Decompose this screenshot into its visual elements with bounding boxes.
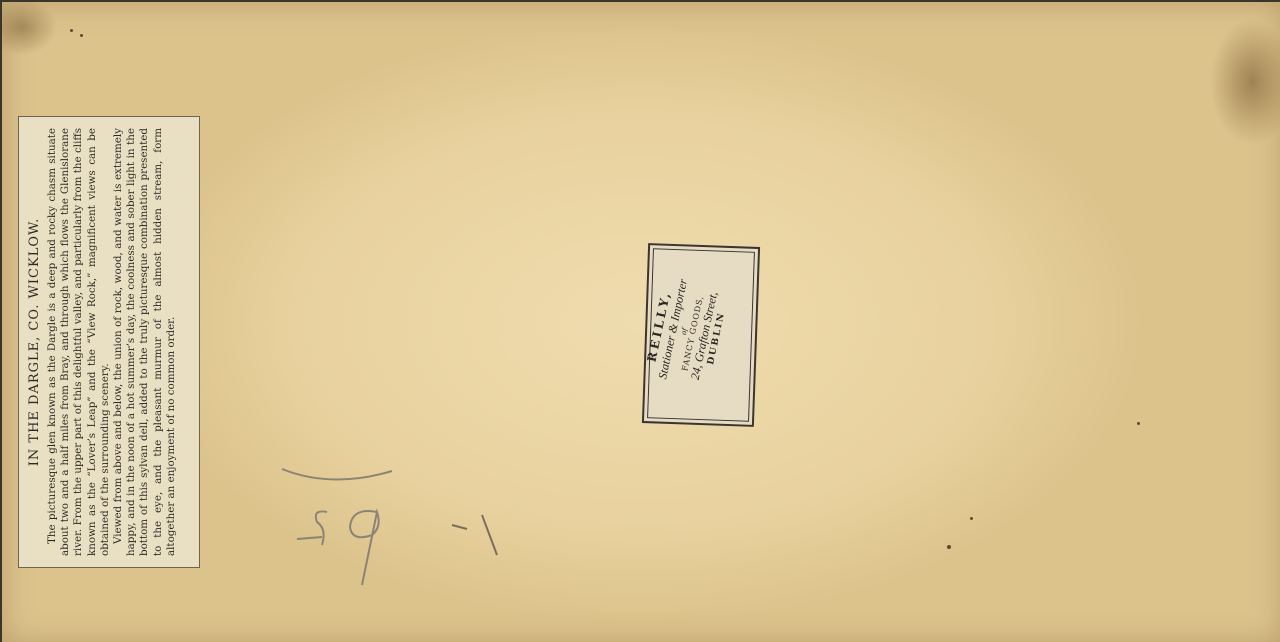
pencil-inscription: [272, 457, 512, 597]
foxing-spot: [80, 34, 83, 37]
label-title: IN THE DARGLE, CO. WICKLOW.: [27, 128, 42, 556]
stationer-stamp: REILLY, Stationer & Importer of FANCY GO…: [642, 243, 760, 427]
stereoview-card-back: IN THE DARGLE, CO. WICKLOW. The pictures…: [0, 0, 1280, 642]
foxing-spot: [70, 29, 73, 32]
label-paragraph-1: The picturesque glen known as the Dargle…: [46, 128, 112, 556]
label-paragraph-2: Viewed from above and below, the union o…: [112, 128, 178, 556]
foxing-spot: [1137, 422, 1140, 425]
foxing-spot: [947, 545, 951, 549]
foxing-spot: [970, 517, 973, 520]
description-label: IN THE DARGLE, CO. WICKLOW. The pictures…: [18, 116, 200, 568]
